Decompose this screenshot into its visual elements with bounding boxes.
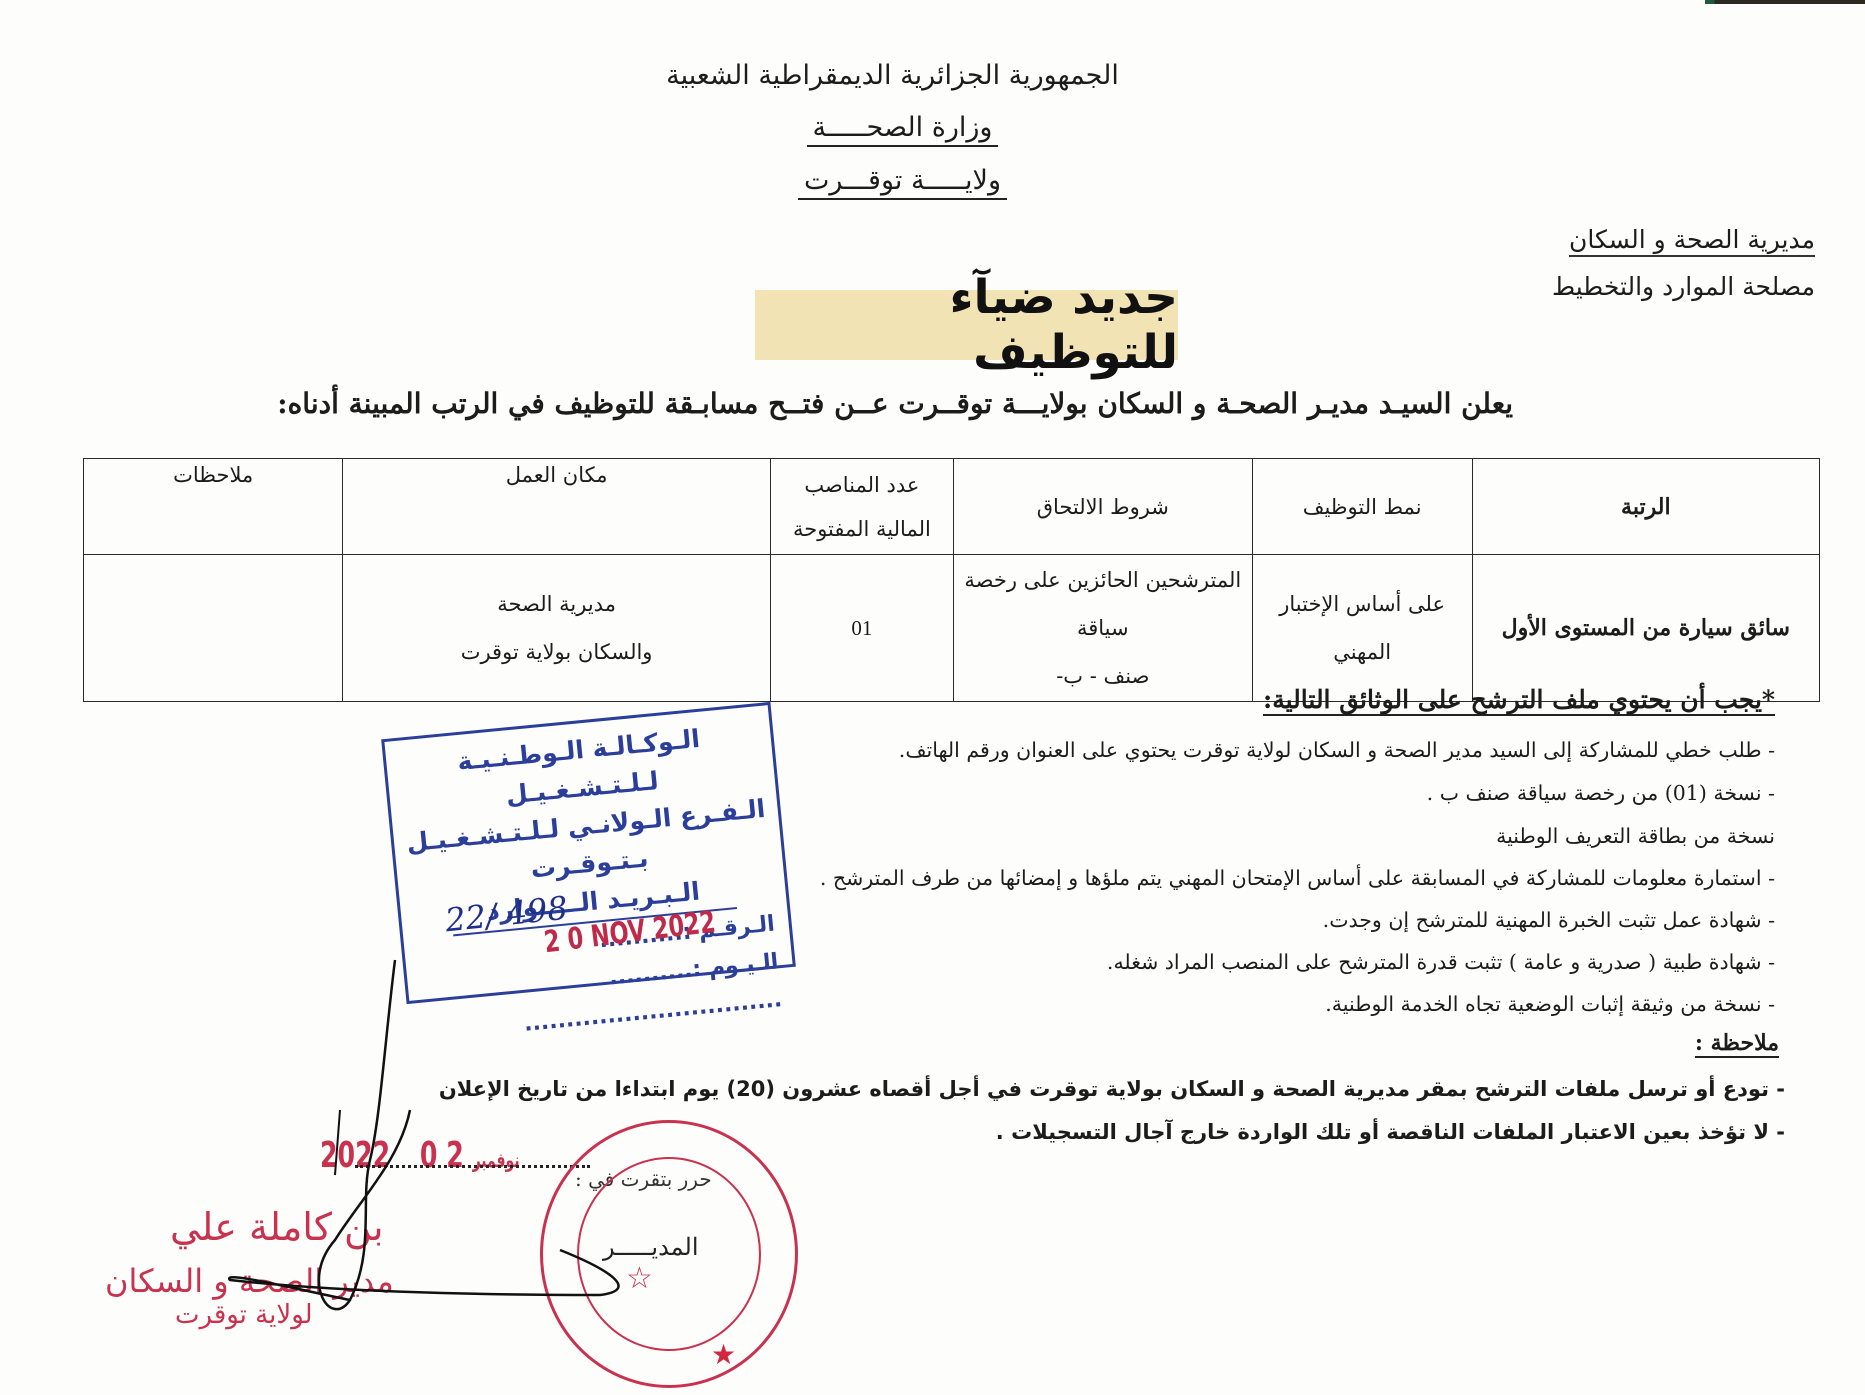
document-item: نسخة من بطاقة التعريف الوطنية — [1496, 824, 1775, 848]
cell-workplace: مديرية الصحة والسكان بولاية توقرت — [343, 555, 771, 702]
document-item: - نسخة (01) من رخصة سياقة صنف ب . — [1427, 781, 1775, 805]
positions-table: الرتبة نمط التوظيف شروط الالتحاق عدد الم… — [83, 458, 1820, 702]
workplace-line2: والسكان بولاية توقرت — [344, 628, 769, 676]
sig-month: نوفمبر — [473, 1148, 520, 1172]
document-item: - شهادة عمل تثبت الخبرة المهنية للمترشح … — [1323, 908, 1775, 932]
cell-notes — [84, 555, 343, 702]
receipt-stamp: الـوكـالـة الـوطـنـيـة لـلـتـشـغـيـل الـ… — [381, 702, 796, 1004]
ministry-text: وزارة الصحـــــة — [807, 112, 999, 147]
header-notes: ملاحظات — [84, 459, 343, 555]
ministry-header: وزارة الصحـــــة — [0, 112, 1835, 143]
note-item: - لا تؤخذ بعين الاعتبار الملفات الناقصة … — [996, 1120, 1785, 1144]
signatory-wilaya: لولاية توقرت — [175, 1300, 313, 1330]
header-mode: نمط التوظيف — [1252, 459, 1472, 555]
notes-title: ملاحظة : — [1695, 1030, 1779, 1058]
documents-title: *يجب أن يحتوي ملف الترشح على الوثائق الت… — [1263, 685, 1775, 716]
cell-positions: 01 — [770, 555, 953, 702]
photo-edge-strip — [1705, 0, 1865, 4]
announcement-text: يعلن السيـد مديـر الصحـة و السكان بولايـ… — [277, 387, 1513, 420]
republic-header: الجمهورية الجزائرية الديمقراطية الشعبية — [0, 60, 1825, 91]
cell-conditions: المترشحين الحائزين على رخصة سياقة صنف - … — [953, 555, 1252, 702]
header-workplace: مكان العمل — [343, 459, 771, 555]
header-conditions: شروط الالتحاق — [953, 459, 1252, 555]
watermark-banner: جديد ضيآء للتوظيف — [755, 290, 1178, 360]
document-item: - استمارة معلومات للمشاركة في المسابقة ع… — [820, 866, 1775, 890]
date-dotted-line — [355, 1165, 590, 1168]
directorate-label: مديرية الصحة و السكان — [1569, 225, 1815, 257]
wilaya-text: ولايـــــة توقـــرت — [798, 165, 1007, 200]
star-icon: ★ — [711, 1338, 736, 1371]
cell-mode: على أساس الإختبار المهني — [1252, 555, 1472, 702]
sig-day: 2 0 — [420, 1135, 464, 1176]
conditions-line2: صنف - ب- — [955, 652, 1251, 700]
header-positions: عدد المناصب المالية المفتوحة — [770, 459, 953, 555]
official-seal: المديـــــر ☆ ★ — [540, 1120, 798, 1388]
table-header-row: الرتبة نمط التوظيف شروط الالتحاق عدد الم… — [84, 459, 1820, 555]
service-label: مصلحة الموارد والتخطيط — [1552, 272, 1815, 301]
sig-year: 2022 — [320, 1135, 390, 1176]
signatory-role: مدير الصحة و السكان — [105, 1262, 394, 1300]
cell-rank: سائق سيارة من المستوى الأول — [1472, 555, 1819, 702]
wilaya-header: ولايـــــة توقـــرت — [0, 165, 1835, 196]
document-item: - طلب خطي للمشاركة إلى السيد مدير الصحة … — [899, 738, 1775, 762]
seal-director-label: المديـــــر — [603, 1233, 699, 1261]
header-rank: الرتبة — [1472, 459, 1819, 555]
document-item: - نسخة من وثيقة إثبات الوضعية تجاه الخدم… — [1325, 992, 1775, 1016]
signatory-name: بن كاملة علي — [170, 1205, 384, 1249]
note-item: - تودع أو ترسل ملفات الترشح بمقر مديرية … — [439, 1077, 1785, 1101]
conditions-line1: المترشحين الحائزين على رخصة سياقة — [955, 556, 1251, 652]
signature-date: 2022 نوفمبر 2 0 — [320, 1135, 520, 1176]
workplace-line1: مديرية الصحة — [344, 580, 769, 628]
star-icon: ☆ — [626, 1261, 653, 1296]
document-item: - شهادة طبية ( صدرية و عامة ) تثبت قدرة … — [1107, 950, 1775, 974]
table-row: سائق سيارة من المستوى الأول على أساس الإ… — [84, 555, 1820, 702]
